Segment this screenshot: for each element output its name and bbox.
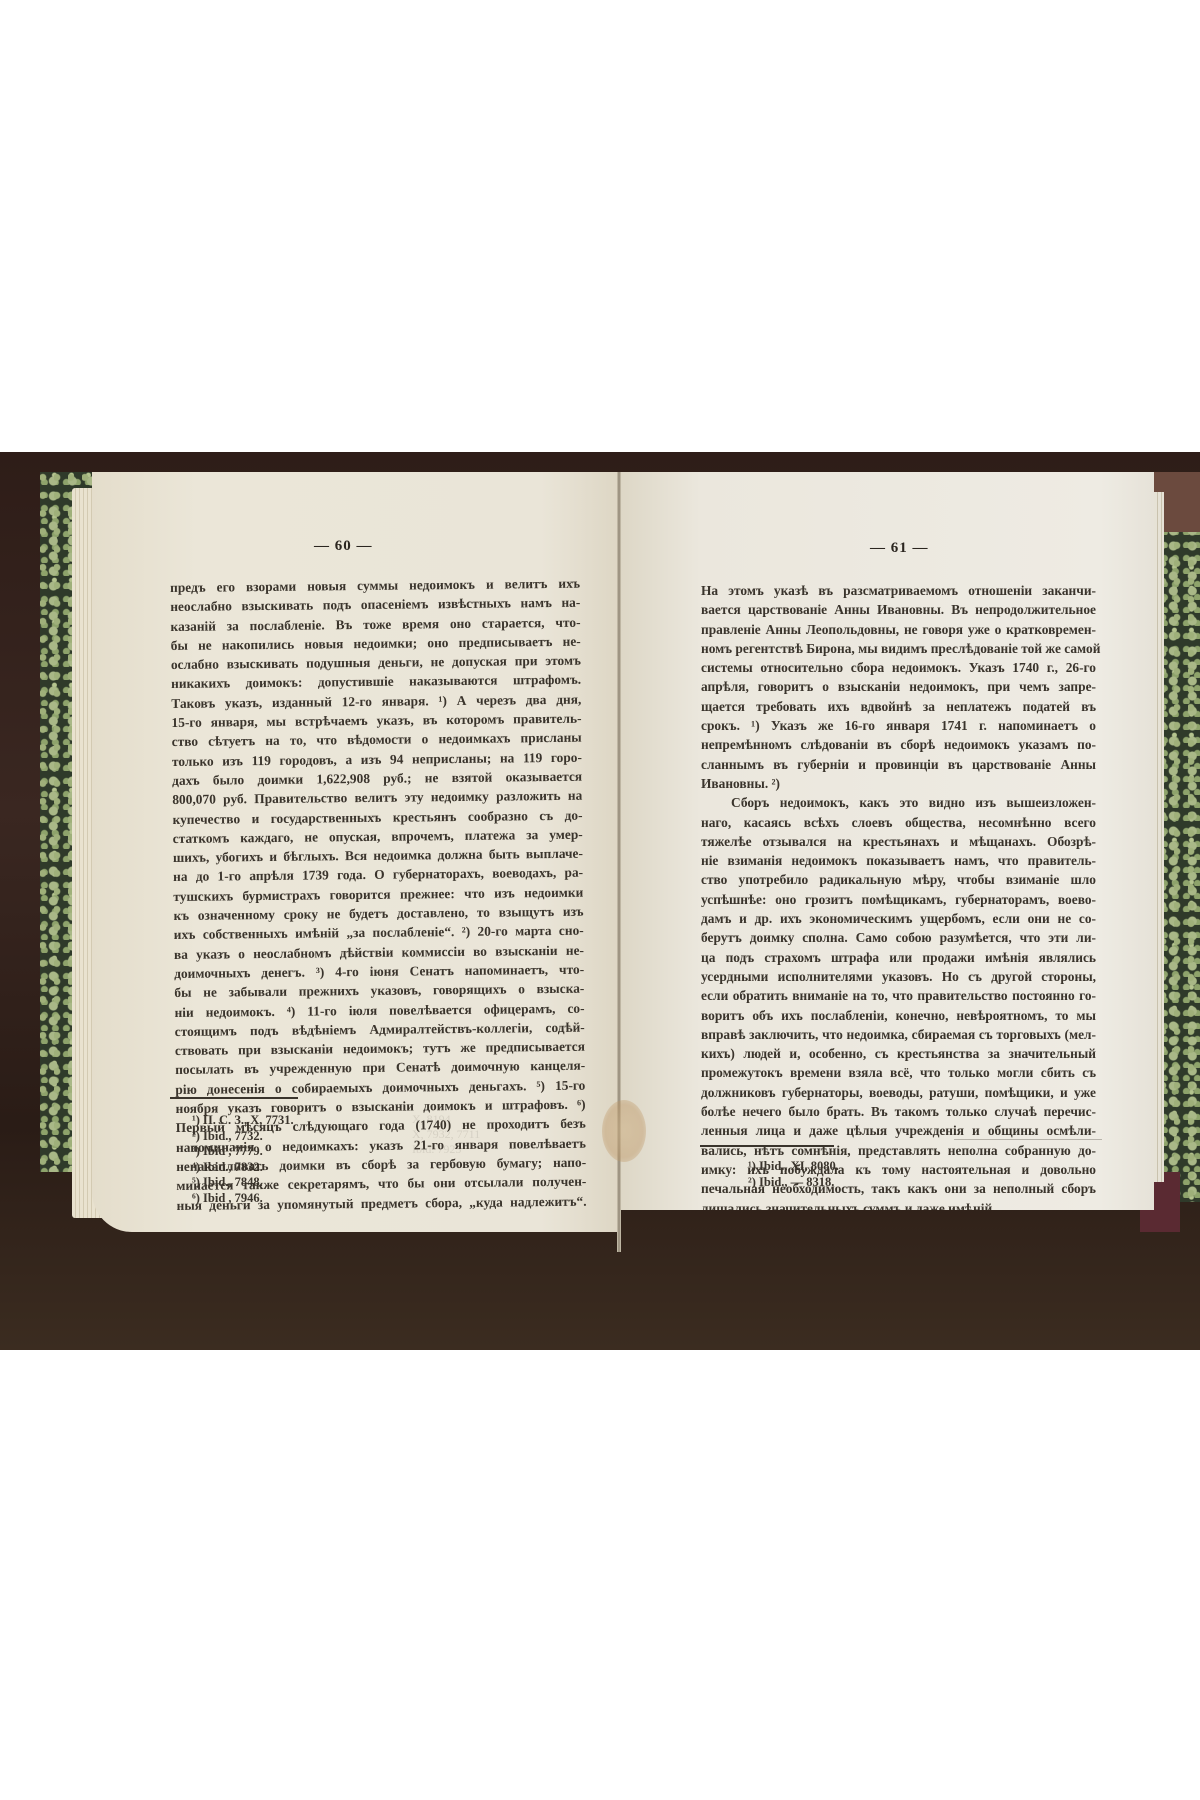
footnote-mark: ⁵) [192, 1175, 203, 1189]
text-line: ніе взиманія недоимокъ показываетъ намъ,… [701, 851, 1096, 870]
footnote-mark: ²) [748, 1175, 759, 1189]
footnote-text: Ibid., XI, 8080. [759, 1159, 839, 1173]
text-line: щается требовать ихъ вдвойнѣ за неплатеж… [701, 697, 1096, 716]
footnote-mark: ¹) [748, 1159, 759, 1173]
text-line: На этомъ указѣ въ разсматриваемомъ отнош… [701, 581, 1096, 600]
text-line: сланнымъ въ губерніи и провинціи въ царс… [701, 755, 1096, 774]
footnote: ¹) Ibid., XI, 8080. [748, 1159, 839, 1175]
text-line: должниковъ губернаторы, воеводы, ратуши,… [701, 1083, 1096, 1102]
page-number-left: — 60 — [314, 538, 373, 555]
text-line: воритъ объ ихъ послабленіи, конечно, нев… [701, 1006, 1096, 1025]
footnote-text: Ibid , 7946. [203, 1191, 263, 1205]
text-line: срокъ. ¹) Указъ же 16-го января 1741 г. … [701, 716, 1096, 735]
footnote: ³) Ibid , 7779. [192, 1144, 294, 1160]
footnote-rule-left [170, 1097, 298, 1099]
left-page: — 60 — предъ его взорами новыя суммы нед… [92, 472, 620, 1232]
text-line: дамъ и др. ихъ экономическимъ ущербомъ, … [701, 909, 1096, 928]
left-page-footnotes: ¹) П. С. З., X, 7731.²) Ibid., 7732.³) I… [192, 1113, 294, 1206]
book-cover-right [1160, 522, 1200, 1202]
text-line: если обратить вниманіе на то, что правит… [701, 986, 1096, 1005]
text-line: берутъ доимку сполна. Само собою разумѣе… [701, 928, 1096, 947]
text-line: ца подъ страхомъ штрафа или продажи имѣн… [701, 948, 1096, 967]
text-line: ленныя лица и даже цѣлыя учрежденія и об… [701, 1121, 1096, 1140]
footnote-text: П. С. З., X, 7731. [203, 1113, 294, 1127]
footnote: ¹) П. С. З., X, 7731. [192, 1113, 294, 1129]
right-page-footnotes: ¹) Ibid., XI, 8080.²) Ibid., — 8318. [748, 1159, 839, 1190]
footnote-text: Ibid., 7848. [203, 1175, 263, 1189]
text-line: успѣшнѣе: оно грозитъ помѣщикамъ, губерн… [701, 890, 1096, 909]
footnote-rule-right [700, 1145, 834, 1147]
footnote-mark: ³) [192, 1144, 203, 1158]
footnote: ²) Ibid., 7732. [192, 1129, 294, 1145]
text-line: болѣе нечего было брать. Въ такомъ тольк… [701, 1102, 1096, 1121]
footnote-mark: ⁶) [192, 1191, 203, 1205]
footnote-text: Ibid., 7732. [203, 1129, 263, 1143]
page-number-right: — 61 — [870, 540, 929, 557]
bleed-through-text: X, 8194X, 7932, 7711Ibid. 7925 [412, 1112, 480, 1157]
text-line: усердными исполнителями указовъ. Но съ д… [701, 967, 1096, 986]
text-line: Сборъ недоимокъ, какъ это видно изъ выше… [701, 793, 1096, 812]
text-line: вается царствованіе Анны Ивановны. Въ не… [701, 600, 1096, 619]
text-line: тяжелѣе отзывался на крестьянахъ и мѣщан… [701, 832, 1096, 851]
footnote-text: Ibid , 7779. [203, 1144, 263, 1158]
footnote: ⁶) Ibid , 7946. [192, 1191, 294, 1207]
text-line: номъ регентствѣ Бирона, мы видимъ преслѣ… [701, 639, 1096, 658]
text-line: кихъ) людей и, особенно, съ крестьянства… [701, 1044, 1096, 1063]
text-line: наго, касаясь всѣхъ слоевъ общества, нес… [701, 813, 1096, 832]
text-line: непремѣнномъ слѣдованіи въ сборѣ недоимо… [701, 735, 1096, 754]
footnote-text: Ibid., — 8318. [759, 1175, 834, 1189]
text-line: промежутокъ времени взяла всё, что тольк… [701, 1063, 1096, 1082]
text-line: лишались значительныхъ суммъ и даже имѣн… [701, 1199, 1096, 1211]
text-line: вправѣ заключить, что недоимка, сбираема… [701, 1025, 1096, 1044]
text-line: системы относительно сбора недоимокъ. Ук… [701, 658, 1096, 677]
water-stain [602, 1100, 646, 1162]
book-photo: — 60 — предъ его взорами новыя суммы нед… [0, 452, 1200, 1350]
footnote: ²) Ibid., — 8318. [748, 1175, 839, 1191]
footnote: ⁴) Ibid., 7832. [192, 1160, 294, 1176]
footnote-text: Ibid., 7832. [203, 1160, 263, 1174]
footnote: ⁵) Ibid., 7848. [192, 1175, 294, 1191]
text-line: ство употребило радикальную мѣру, чтобы … [701, 870, 1096, 889]
bleed-through-rule [954, 1139, 1102, 1140]
right-page-body: На этомъ указѣ въ разсматриваемомъ отнош… [701, 581, 1096, 1210]
footnote-mark: ¹) [192, 1113, 203, 1127]
text-line: апрѣля, говоритъ о взысканіи недоимокъ, … [701, 677, 1096, 696]
text-line: вались, нѣтъ сомнѣнія, представлять непо… [701, 1141, 1096, 1160]
text-line: правленіе Анны Леопольдовны, не говоря у… [701, 620, 1096, 639]
text-line: Ивановны. ²) [701, 774, 1096, 793]
right-page: — 61 — На этомъ указѣ въ разсматриваемом… [620, 472, 1154, 1210]
footnote-mark: ²) [192, 1129, 203, 1143]
footnote-mark: ⁴) [192, 1160, 203, 1174]
